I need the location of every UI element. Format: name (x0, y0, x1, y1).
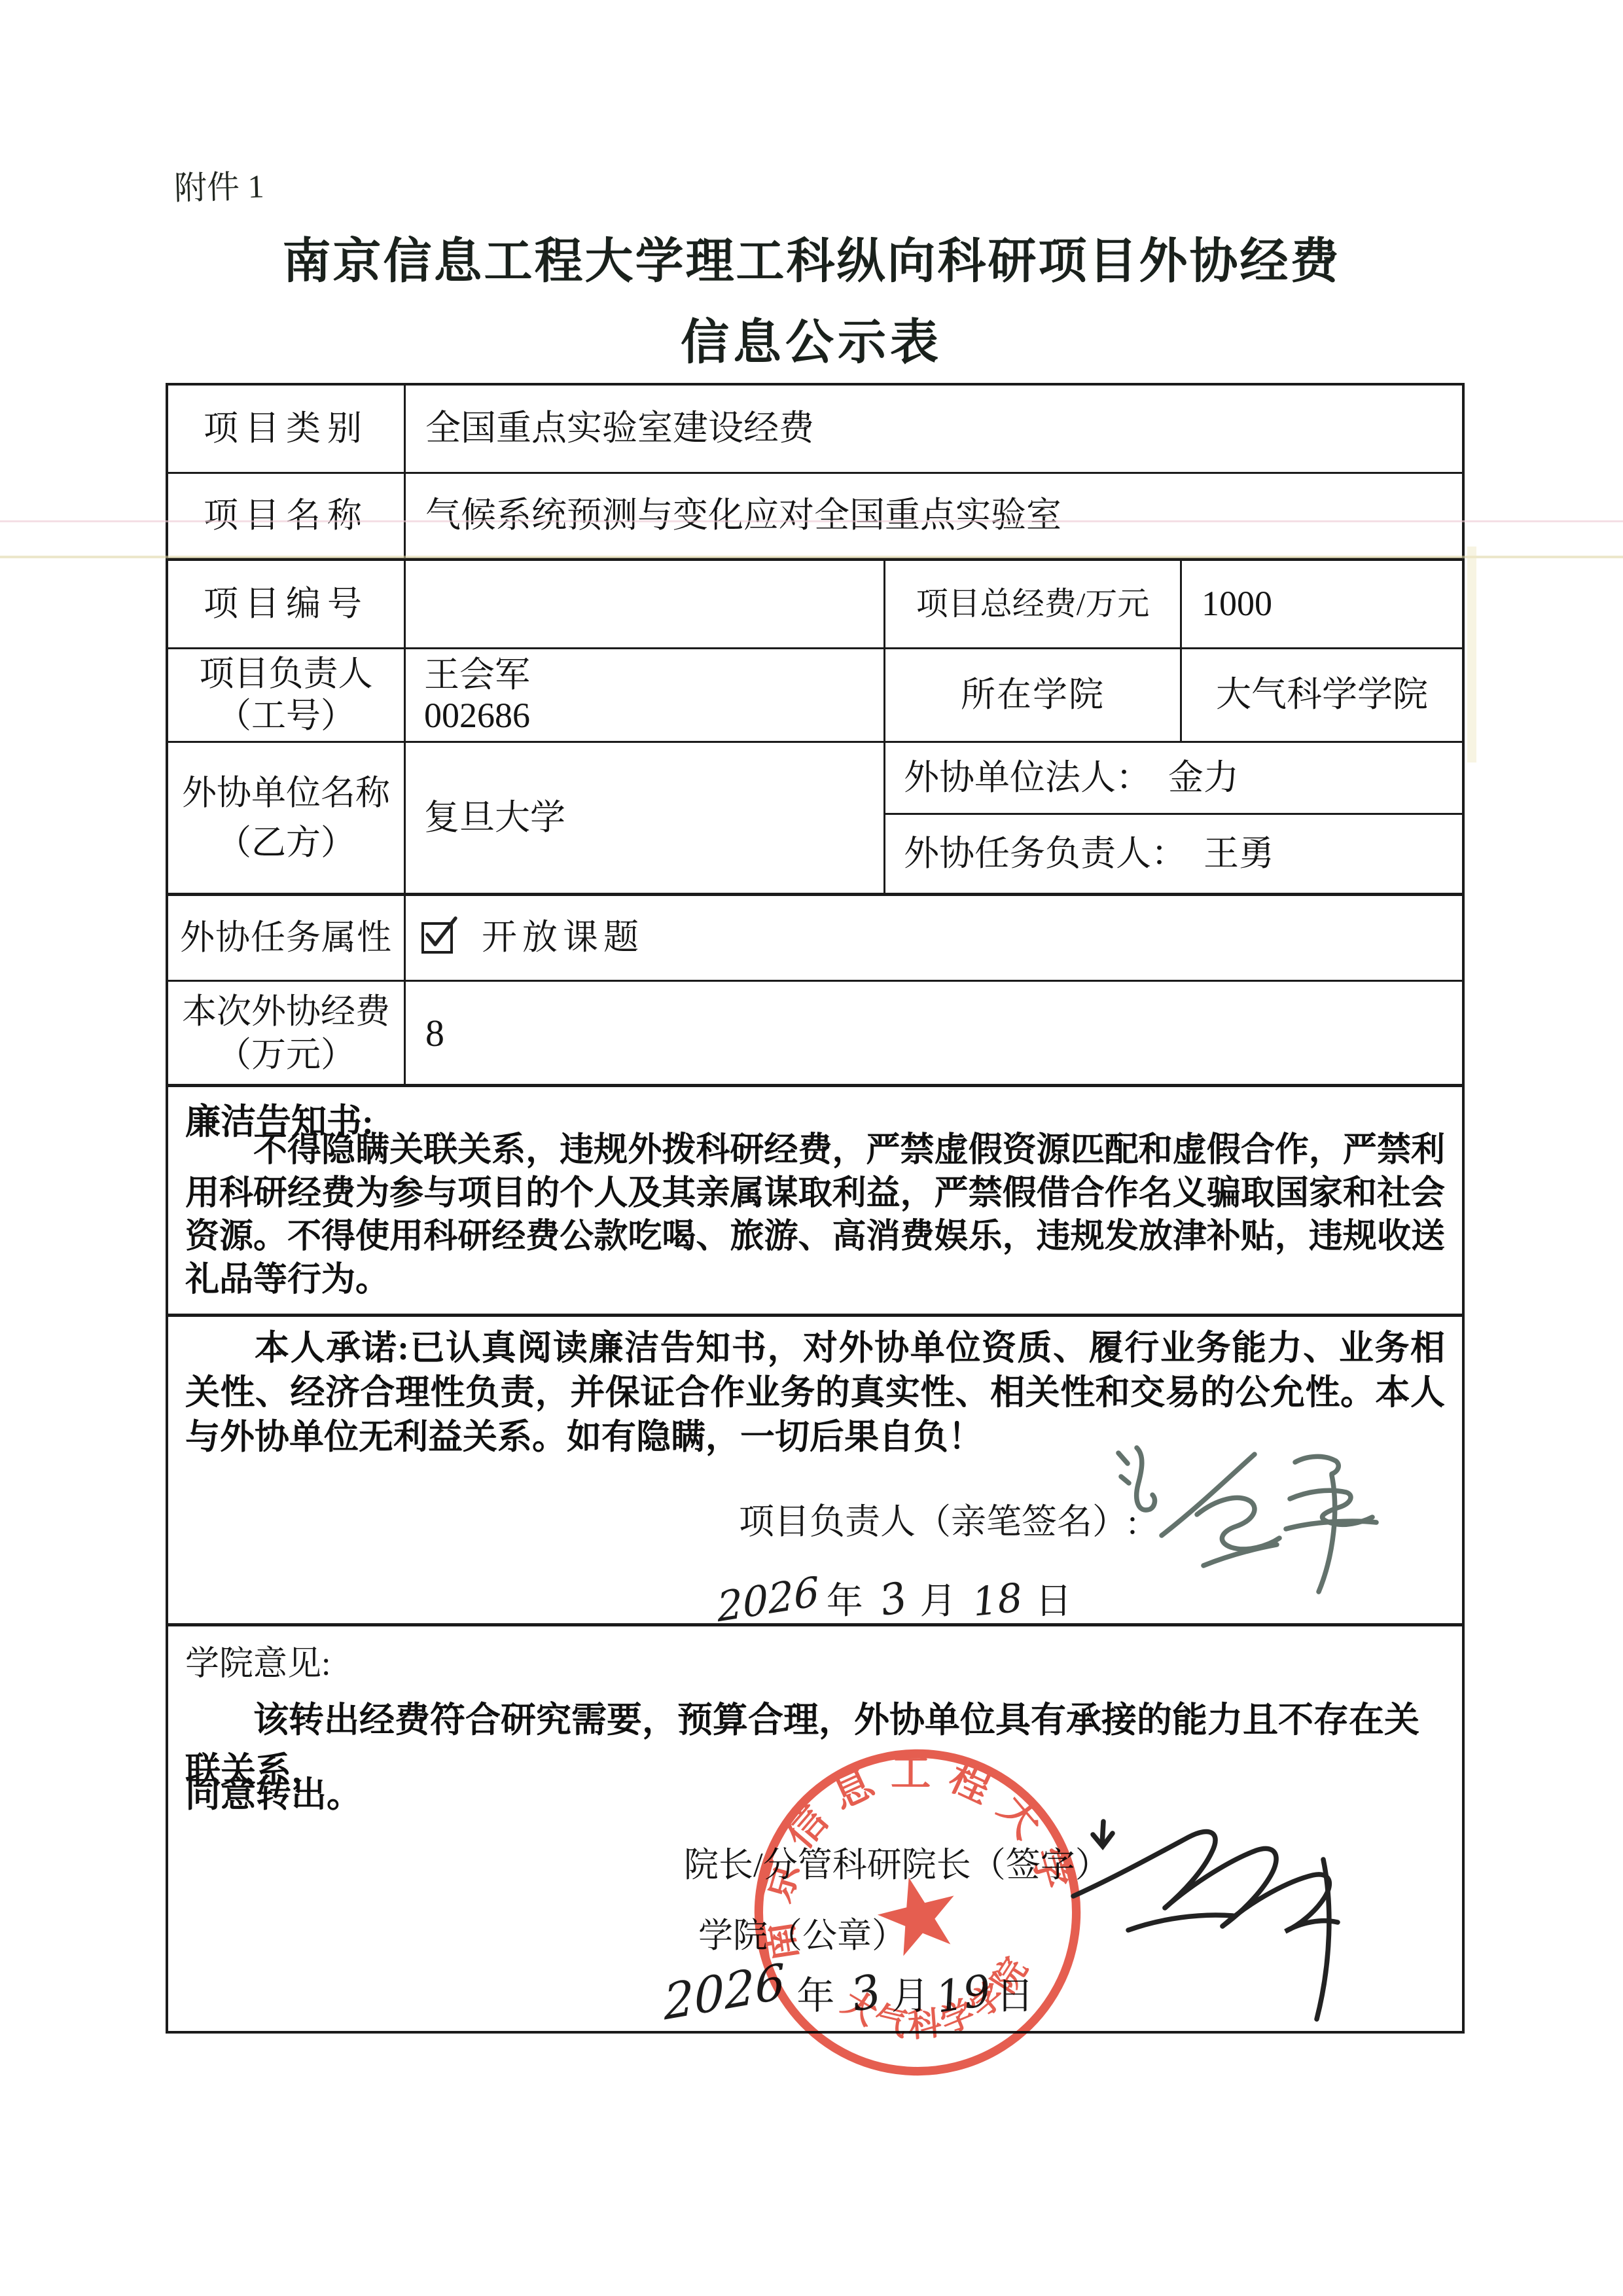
project-number-value (406, 561, 883, 647)
commitment-date-month: 3 (876, 1573, 912, 1626)
integrity-notice-body: 不得隐瞒关联关系，违规外拨科研经费，严禁虚假资源匹配和虚假合作，严禁利用科研经费… (185, 1129, 1445, 1302)
commitment-date-day-unit: 日 (1035, 1572, 1072, 1624)
leader-name: 王会军 (424, 655, 530, 695)
checkbox-open-topic (421, 922, 453, 954)
project-category-value: 全国重点实验室建设经费 (406, 386, 1462, 472)
current-fund-label-line1: 本次外协经费 (182, 990, 390, 1033)
svg-text:大气科学学院: 大气科学学院 (829, 1940, 1049, 2066)
partner-legal-label: 外协单位法人： (904, 757, 1151, 800)
partner-legal-value: 金力 (1168, 757, 1239, 800)
college-opinion-heading: 学院意见: (185, 1636, 330, 1685)
project-name-label: 项目名称 (168, 474, 404, 558)
college-opinion-section: 学院意见: 该转出经费符合研究需要，预算合理，外协单位具有承接的能力且不存在关联… (168, 1626, 1462, 2031)
commitment-date-year: 2026 (716, 1568, 821, 1632)
commitment-date-year-unit: 年 (827, 1572, 863, 1624)
scanned-form-page: 附件 1 南京信息工程大学理工科纵向科研项目外协经费 信息公示表 项目类别 全国… (0, 0, 1623, 2296)
partner-task-leader-label: 外协任务负责人： (904, 833, 1186, 876)
current-fund-value: 8 (406, 983, 1462, 1084)
commitment-section: 本人承诺:已认真阅读廉洁告知书，对外协单位资质、履行业务能力、业务相关性、经济合… (168, 1317, 1462, 1623)
dean-signature (1069, 1819, 1364, 2028)
college-label: 所在学院 (885, 649, 1180, 741)
commitment-date-day: 18 (970, 1575, 1024, 1626)
total-budget-value: 1000 (1182, 561, 1462, 647)
leader-sign-label: 项目负责人（亲笔签名）: (739, 1494, 1137, 1544)
task-attribute-option: 开放课题 (482, 916, 644, 960)
partner-label-line1: 外协单位名称 (182, 768, 390, 818)
commitment-date-month-unit: 月 (920, 1572, 957, 1624)
task-attribute-label: 外协任务属性 (168, 896, 404, 980)
project-name-value: 气候系统预测与变化应对全国重点实验室 (406, 474, 1462, 558)
total-budget-label: 项目总经费/万元 (885, 561, 1180, 647)
form-title-line1: 南京信息工程大学理工科纵向科研项目外协经费 (0, 223, 1623, 292)
leader-employee-id: 002686 (424, 695, 530, 736)
leader-label: 项目负责人 （工号） (168, 649, 404, 741)
leader-cell: 王会军 002686 (406, 649, 883, 741)
college-opinion-body-line2: 同意转出。 (185, 1767, 362, 1817)
project-number-label: 项目编号 (168, 561, 404, 647)
scan-artifact-yellow-strip (1467, 547, 1476, 762)
form-table: 项目类别 全国重点实验室建设经费 项目名称 气候系统预测与变化应对全国重点实验室… (166, 383, 1465, 2034)
project-category-label: 项目类别 (168, 386, 404, 472)
leader-label-line2: （工号） (217, 695, 355, 737)
seal-star-icon (870, 1868, 965, 1960)
integrity-notice-section: 廉洁告知书: 不得隐瞒关联关系，违规外拨科研经费，严禁虚假资源匹配和虚假合作，严… (168, 1087, 1462, 1314)
project-leader-signature (1099, 1436, 1380, 1596)
form-title-line2: 信息公示表 (0, 304, 1623, 373)
commitment-lead: 本人承诺: (255, 1329, 409, 1367)
partner-task-leader-value: 王勇 (1204, 833, 1274, 876)
college-value: 大气科学学院 (1182, 649, 1462, 741)
task-attribute-cell: 开放课题 (406, 896, 1462, 980)
partner-legal-cell: 外协单位法人： 金力 (885, 743, 1462, 813)
partner-label: 外协单位名称 （乙方） (168, 743, 404, 893)
partner-task-leader-cell: 外协任务负责人： 王勇 (885, 815, 1462, 893)
partner-label-line2: （乙方） (217, 818, 355, 868)
grid-line (168, 980, 1462, 982)
current-fund-label: 本次外协经费 （万元） (168, 983, 404, 1084)
seal-college-text: 大气科学学院 (829, 1940, 1049, 2066)
check-icon (421, 914, 462, 952)
commitment-date: 2026 年 3 月 18 日 (717, 1572, 1072, 1624)
current-fund-label-line2: （万元） (217, 1033, 355, 1077)
leader-label-line1: 项目负责人 (200, 653, 373, 695)
partner-value: 复旦大学 (406, 743, 883, 893)
attachment-label: 附件 1 (173, 160, 264, 209)
